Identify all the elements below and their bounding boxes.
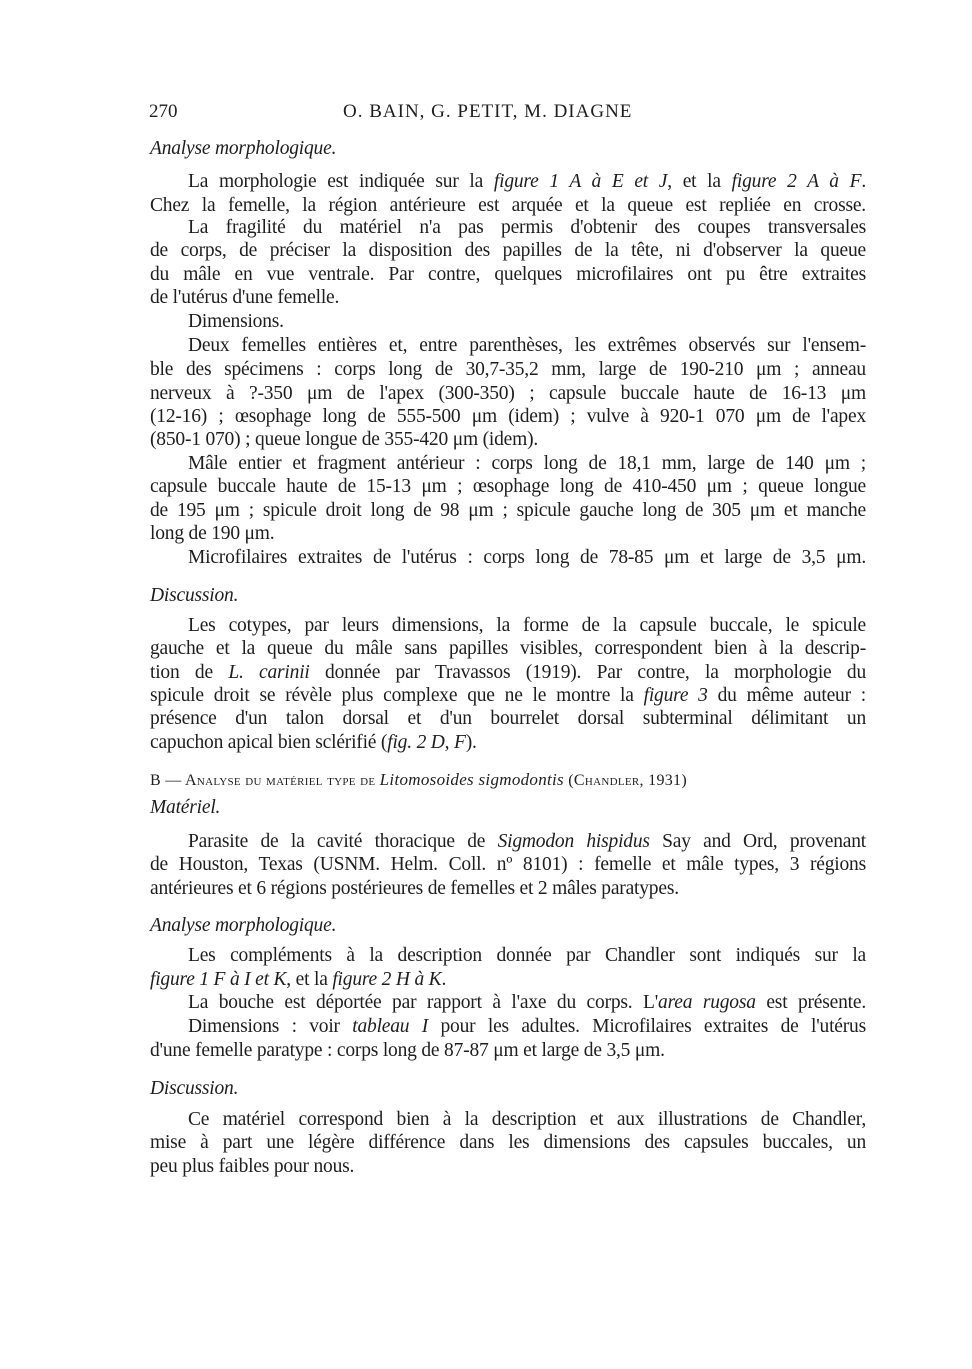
anatomical-term: area rugosa — [658, 992, 756, 1013]
heading-analyse-morphologique-b: Analyse morphologique. — [150, 914, 866, 938]
figure-reference: figure 1 F à I et K — [150, 969, 286, 990]
paragraph-line: de Houston, Texas (USNM. Helm. Coll. nº … — [150, 853, 866, 877]
table-reference: tableau I — [352, 1016, 428, 1037]
paragraph-line: peu plus faibles pour nous. — [150, 1155, 866, 1179]
species-name: Sigmodon hispidus — [498, 831, 650, 852]
paragraph-line: capuchon apical bien sclérifié (fig. 2 D… — [150, 731, 866, 755]
paragraph-line: nerveux à ?-350 μm de l'apex (300-350) ;… — [150, 382, 866, 406]
dimensions-label: Dimensions. — [188, 310, 866, 334]
paragraph-line: figure 1 F à I et K, et la figure 2 H à … — [150, 968, 866, 992]
paragraph-line: Deux femelles entières et, entre parenth… — [188, 334, 866, 358]
heading-analyse-morphologique: Analyse morphologique. — [150, 137, 866, 161]
heading-materiel: Matériel. — [150, 796, 866, 820]
paragraph-line: La fragilité du matériel n'a pas permis … — [188, 216, 866, 240]
paragraph-line: d'une femelle paratype : corps long de 8… — [150, 1039, 866, 1063]
paragraph-line: spicule droit se révèle plus complexe qu… — [150, 684, 866, 708]
paragraph-line: La morphologie est indiquée sur la figur… — [188, 170, 866, 194]
paragraph-line: de l'utérus d'une femelle. — [150, 286, 866, 310]
paragraph-line: ble des spécimens : corps long de 30,7-3… — [150, 358, 866, 382]
paragraph-line: Les compléments à la description donnée … — [188, 944, 866, 968]
figure-reference: figure 2 H à K — [332, 969, 441, 990]
paragraph-line: Dimensions : voir tableau I pour les adu… — [188, 1015, 866, 1039]
paragraph-line: Chez la femelle, la région antérieure es… — [150, 194, 866, 218]
paragraph-line: présence d'un talon dorsal et d'un bourr… — [150, 707, 866, 731]
species-name: Litomosoides sigmodontis — [380, 770, 564, 789]
figure-reference: figure 3 — [644, 685, 708, 706]
running-header-authors: O. BAIN, G. PETIT, M. DIAGNE — [343, 101, 632, 123]
paragraph-line: La bouche est déportée par rapport à l'a… — [188, 991, 866, 1015]
paragraph-line: de 195 μm ; spicule droit long de 98 μm … — [150, 499, 866, 523]
paragraph-line: (12-16) ; œsophage long de 555-500 μm (i… — [150, 405, 866, 429]
figure-reference: figure 2 A à F — [732, 171, 862, 192]
figure-reference: fig. 2 D, F — [387, 732, 466, 753]
figure-reference: figure 1 A à E et J — [494, 171, 667, 192]
paragraph-line: antérieures et 6 régions postérieures de… — [150, 877, 866, 901]
species-name: L. carinii — [228, 662, 309, 683]
document-page: 270 O. BAIN, G. PETIT, M. DIAGNE Analyse… — [0, 0, 972, 1369]
page-number: 270 — [149, 101, 178, 123]
paragraph-line: mise à part une légère différence dans l… — [150, 1131, 866, 1155]
paragraph-line: long de 190 μm. — [150, 522, 866, 546]
paragraph-line: Les cotypes, par leurs dimensions, la fo… — [188, 614, 866, 638]
heading-discussion: Discussion. — [150, 584, 866, 608]
paragraph-line: tion de L. carinii donnée par Travassos … — [150, 661, 866, 685]
paragraph-line: du mâle en vue ventrale. Par contre, que… — [150, 263, 866, 287]
paragraph-line: Microfilaires extraites de l'utérus : co… — [188, 546, 866, 570]
paragraph-line: capsule buccale haute de 15-13 μm ; œsop… — [150, 475, 866, 499]
paragraph-line: Parasite de la cavité thoracique de Sigm… — [188, 830, 866, 854]
paragraph-line: Ce matériel correspond bien à la descrip… — [188, 1108, 866, 1132]
section-b-title: B — Analyse du matériel type de Litomoso… — [150, 768, 866, 793]
paragraph-line: gauche et la queue du mâle sans papilles… — [150, 637, 866, 661]
paragraph-line: (850-1 070) ; queue longue de 355-420 μm… — [150, 428, 866, 452]
heading-discussion-b: Discussion. — [150, 1077, 866, 1101]
paragraph-line: de corps, de préciser la disposition des… — [150, 239, 866, 263]
paragraph-line: Mâle entier et fragment antérieur : corp… — [188, 452, 866, 476]
